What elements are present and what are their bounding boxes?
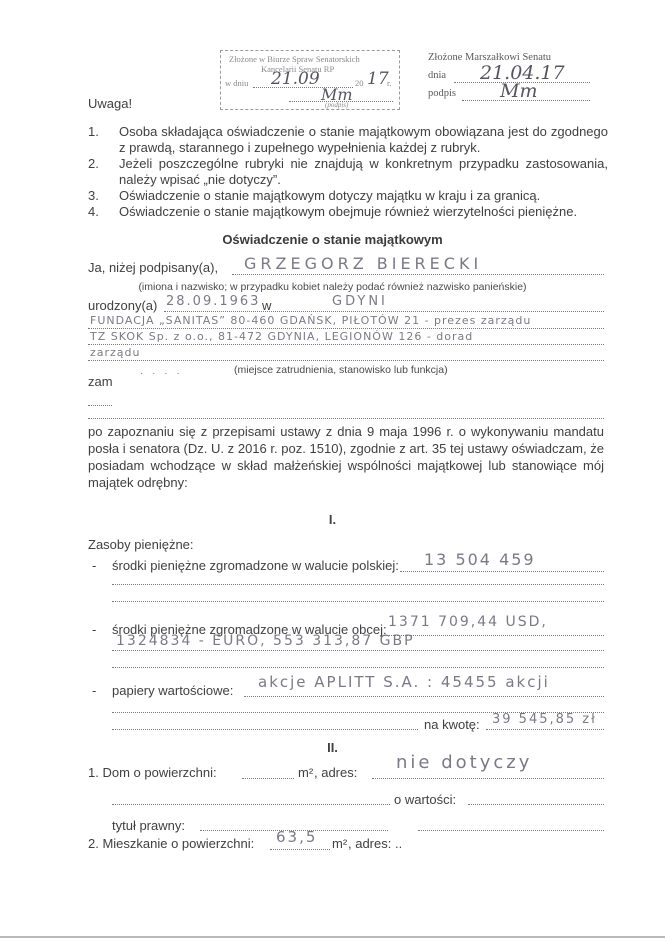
form-title: Oświadczenie o stanie majątkowym: [0, 232, 665, 247]
signer-name-field[interactable]: GRZEGORZ BIERECKI: [244, 254, 482, 273]
securities-label: papiery wartościowe:: [112, 683, 233, 698]
pln-label: środki pieniężne zgromadzone w walucie p…: [112, 558, 399, 573]
page-bottom-edge: [0, 936, 665, 938]
stamp-date-label: w dniu: [225, 78, 248, 88]
birth-place-field[interactable]: GDYNI: [332, 294, 388, 309]
born-label: urodzony(a): [88, 298, 157, 313]
stamp-signature-caption: (podpis): [325, 101, 348, 109]
employment-line-1[interactable]: FUNDACJA „SANITAS” 80-460 GDAŃSK, PIŁOTÓ…: [90, 314, 531, 327]
house-label: 1. Dom o powierzchni:: [88, 765, 217, 780]
house-title-label: tytuł prawny:: [112, 818, 185, 833]
bullet: -: [92, 683, 96, 698]
house-address-label: , adres:: [314, 765, 357, 780]
employment-line-3[interactable]: zarządu: [90, 346, 141, 359]
signer-label: Ja, niżej podpisany(a),: [88, 260, 218, 275]
stamp-date-value: 21.09: [271, 69, 320, 89]
marshal-receipt-stamp: Złożone Marszałkowi Senatu dnia 21.04.17…: [428, 52, 608, 104]
marshal-signature-label: podpis: [428, 88, 456, 99]
house-address-field[interactable]: nie dotyczy: [396, 752, 532, 773]
section-2-numeral: II.: [0, 740, 665, 755]
stamp-year-value: 17: [367, 69, 389, 89]
residence-label: zam: [88, 374, 113, 389]
notice-item: 1.Osoba składająca oświadczenie o stanie…: [88, 124, 608, 156]
intro-paragraph: po zapoznaniu się z przepisami ustawy z …: [88, 423, 604, 491]
notice-item: 4.Oświadczenie o stanie majątkowym obejm…: [88, 204, 608, 220]
securities-field[interactable]: akcje APLITT S.A. : 45455 akcji: [258, 673, 550, 691]
flat-unit: m²: [332, 836, 347, 851]
bullet: -: [92, 558, 96, 573]
marshal-signature: Mm: [500, 80, 537, 102]
house-unit: m²: [298, 765, 313, 780]
foreign-amount-field-line-2[interactable]: 1324834 - EURO, 553 313,87 GBP: [116, 633, 415, 649]
foreign-amount-field-line-1[interactable]: 1371 709,44 USD,: [388, 614, 548, 630]
born-in-label: w: [262, 298, 271, 313]
employment-caption: (miejsce zatrudnienia, stanowisko lub fu…: [234, 364, 448, 376]
marshal-date-label: dnia: [428, 70, 446, 81]
section-1-numeral: I.: [0, 512, 665, 527]
flat-area-field[interactable]: 63,5: [276, 828, 317, 846]
notice-title: Uwaga!: [88, 96, 132, 111]
bullet: -: [92, 622, 96, 637]
house-value-label: o wartości:: [394, 792, 456, 807]
employment-line-2[interactable]: TZ SKOK Sp. z o.o., 81-472 GDYNIA, LEGIO…: [90, 330, 473, 343]
birth-date-field[interactable]: 28.09.1963: [166, 294, 260, 309]
office-receipt-stamp: Złożone w Biurze Spraw Senatorskich Kanc…: [220, 50, 400, 110]
stamp-line-1: Złożone w Biurze Spraw Senatorskich: [229, 54, 360, 64]
securities-amount-field[interactable]: 39 545,85 zł: [492, 712, 597, 727]
residence-redacted: · · · ·: [140, 368, 183, 379]
notice-list: 1.Osoba składająca oświadczenie o stanie…: [88, 124, 608, 220]
notice-item: 2.Jeżeli poszczególne rubryki nie znajdu…: [88, 156, 608, 188]
flat-address-label: , adres: ..: [348, 836, 402, 851]
amount-label: na kwotę:: [424, 717, 480, 732]
section-1-title: Zasoby pieniężne:: [88, 537, 194, 552]
pln-amount-field[interactable]: 13 504 459: [424, 550, 536, 569]
stamp-year-prefix: 20: [355, 78, 364, 88]
signer-caption: (imiona i nazwisko; w przypadku kobiet n…: [0, 281, 665, 293]
flat-label: 2. Mieszkanie o powierzchni:: [88, 836, 254, 851]
stamp-year-suffix: r.: [387, 78, 392, 88]
notice-item: 3.Oświadczenie o stanie majątkowym dotyc…: [88, 188, 608, 204]
